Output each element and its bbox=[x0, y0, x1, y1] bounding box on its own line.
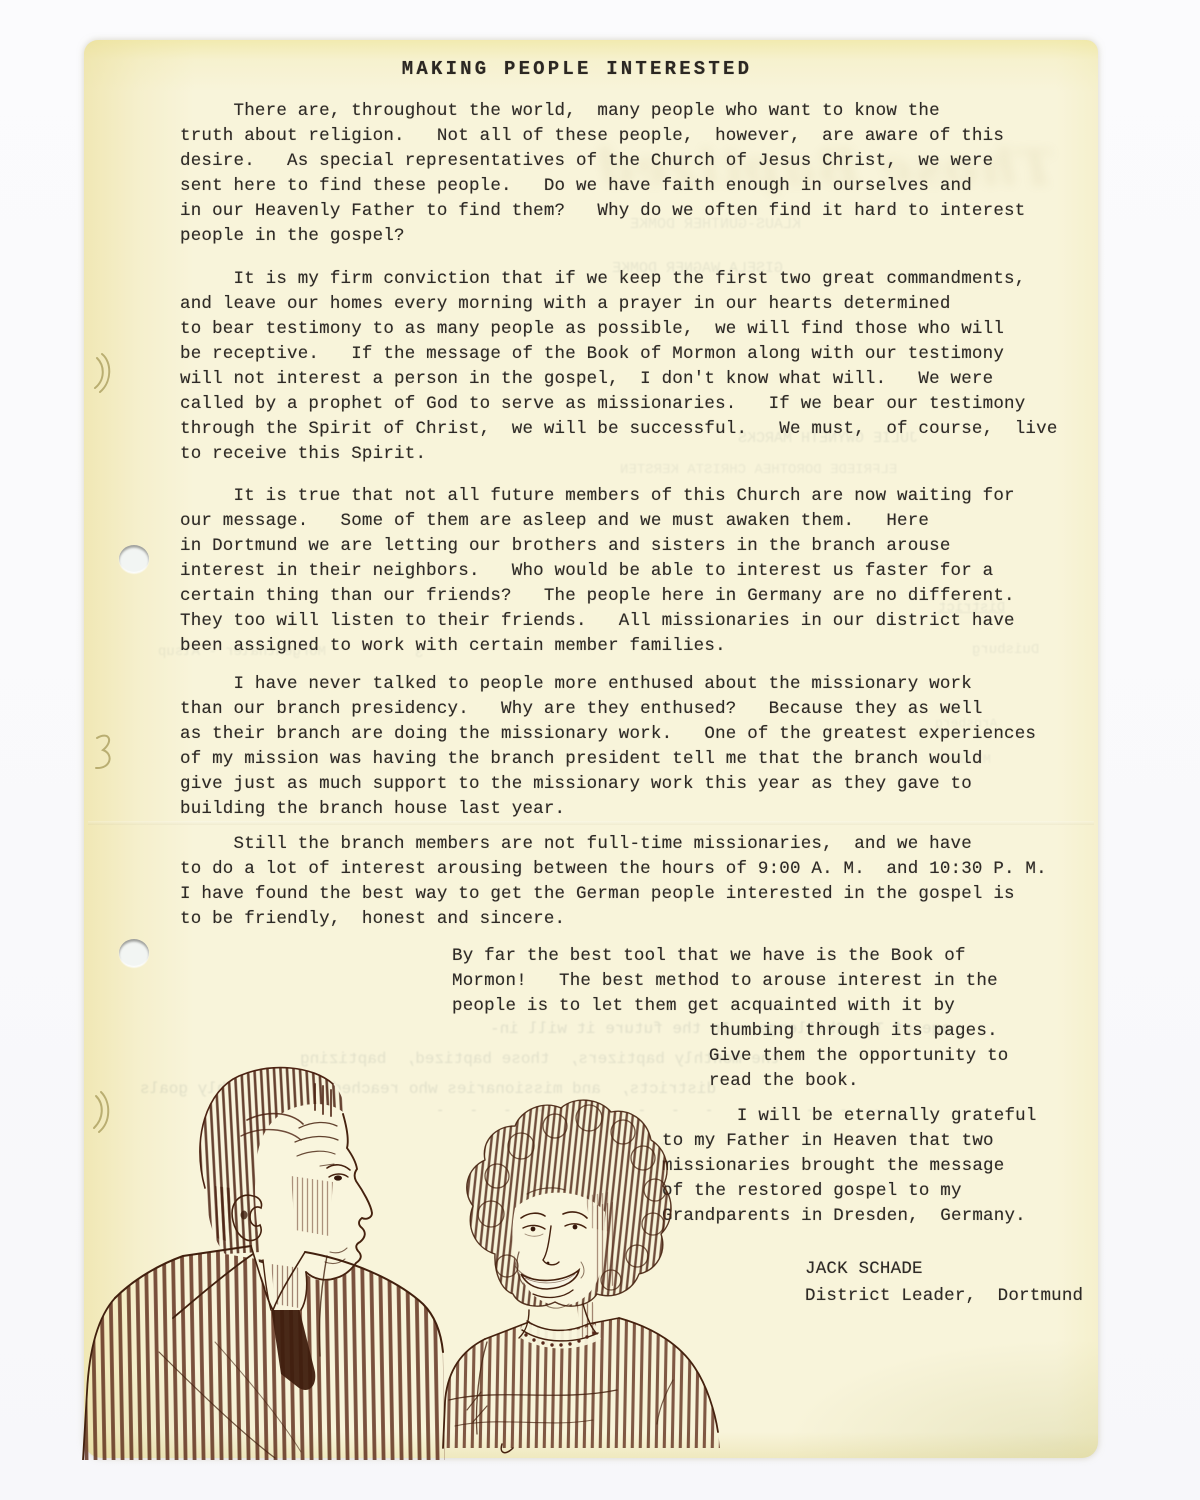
body-paragraph-4: I have never talked to people more enthu… bbox=[180, 672, 1036, 822]
body-paragraph-2: It is my firm conviction that if we keep… bbox=[180, 267, 1058, 467]
signature-role: District Leader, Dortmund bbox=[805, 1284, 1083, 1309]
woman-figure bbox=[443, 1100, 720, 1453]
man-figure bbox=[83, 1068, 445, 1460]
body-paragraph-3: It is true that not all future members o… bbox=[180, 484, 1015, 659]
page-title: MAKING PEOPLE INTERESTED bbox=[94, 58, 1060, 80]
illustration-sketch bbox=[75, 1056, 775, 1460]
body-paragraph-5: Still the branch members are not full-ti… bbox=[180, 832, 1047, 932]
binder-edge-marks bbox=[88, 340, 128, 1150]
signature-name: JACK SCHADE bbox=[805, 1257, 923, 1282]
scanned-document: { "page": { "kind": "scanned typewritten… bbox=[0, 0, 1200, 1500]
body-paragraph-1: There are, throughout the world, many pe… bbox=[180, 99, 1025, 249]
